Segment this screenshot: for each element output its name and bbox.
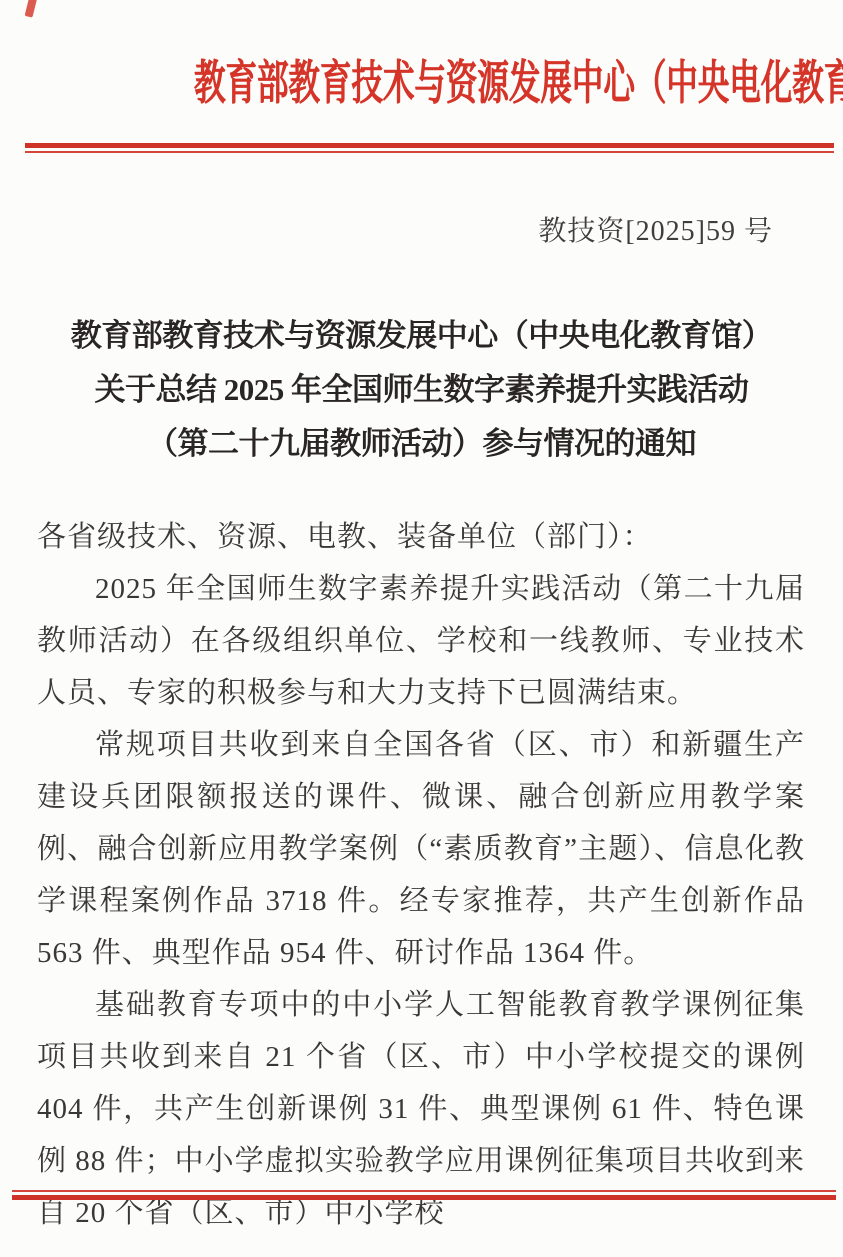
official-letter-page: 教育部教育技术与资源发展中心（中央电化教育馆）函件 教技资[2025]59 号 … (0, 0, 843, 1257)
document-number: 教技资[2025]59 号 (538, 211, 773, 253)
body-paragraph-1: 2025 年全国师生数字素养提升实践活动（第二十九届教师活动）在各级组织单位、学… (37, 563, 805, 719)
notice-title-line-2: 关于总结 2025 年全国师生数字素养提升实践活动 (0, 363, 843, 417)
masthead-title: 教育部教育技术与资源发展中心（中央电化教育馆）函件 (194, 47, 843, 121)
body-paragraph-2: 常规项目共收到来自全国各省（区、市）和新疆生产建设兵团限额报送的课件、微课、融合… (37, 719, 805, 979)
footer-rule-thick-line (12, 1195, 836, 1200)
body-paragraph-3: 基础教育专项中的中小学人工智能教育教学课例征集项目共收到来自 21 个省（区、市… (37, 979, 805, 1239)
notice-title: 教育部教育技术与资源发展中心（中央电化教育馆） 关于总结 2025 年全国师生数… (0, 309, 843, 471)
masthead: 教育部教育技术与资源发展中心（中央电化教育馆）函件 (0, 47, 843, 121)
notice-title-line-3: （第二十九届教师活动）参与情况的通知 (0, 417, 843, 471)
header-double-rule (25, 143, 834, 153)
letter-body: 各省级技术、资源、电教、装备单位（部门）： 2025 年全国师生数字素养提升实践… (37, 511, 805, 1239)
header-rule-thin-line (25, 151, 834, 153)
salutation: 各省级技术、资源、电教、装备单位（部门）： (37, 511, 805, 563)
scan-corner-mark (25, 0, 38, 18)
footer-double-rule (12, 1190, 836, 1200)
notice-title-line-1: 教育部教育技术与资源发展中心（中央电化教育馆） (0, 309, 843, 363)
